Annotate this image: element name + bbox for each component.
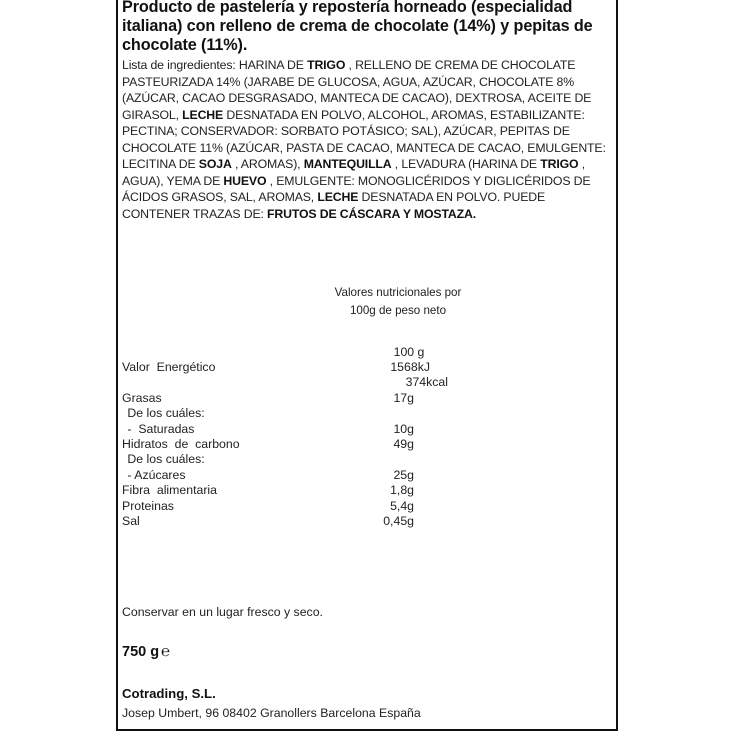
estimated-sign-icon: ℮ xyxy=(161,643,170,660)
net-weight-value: 750 g xyxy=(122,644,159,660)
allergen-text: TRIGO xyxy=(307,58,345,72)
nutrition-heading-line1: Valores nutricionales por xyxy=(298,284,498,302)
nutrition-label: Fibra alimentaria xyxy=(122,482,217,498)
company-address: Josep Umbert, 96 08402 Granollers Barcel… xyxy=(122,706,421,720)
nutrition-heading-line2: 100g de peso neto xyxy=(298,302,498,320)
nutrition-label: De los cuáles: xyxy=(124,451,205,467)
allergen-text: SOJA xyxy=(199,157,232,171)
nutrition-value: 1,8g xyxy=(334,482,414,498)
product-title: Producto de pastelería y repostería horn… xyxy=(122,0,616,55)
allergen-text: LECHE xyxy=(317,190,358,204)
nutrition-value: 10g xyxy=(334,421,414,437)
nutrition-label: Valor Energético xyxy=(122,359,215,375)
storage-instructions: Conservar en un lugar fresco y seco. xyxy=(122,605,323,619)
allergen-text: HUEVO xyxy=(223,174,266,188)
nutrition-value: 1568kJ xyxy=(350,359,430,375)
ingredients-list: Lista de ingredientes: HARINA DE TRIGO ,… xyxy=(122,57,616,222)
allergen-text: LECHE xyxy=(182,108,223,122)
company-name: Cotrading, S.L. xyxy=(122,686,216,701)
nutrition-value: 25g xyxy=(334,467,414,483)
nutrition-value: 5,4g xyxy=(334,498,414,514)
nutrition-label: Grasas xyxy=(122,390,162,406)
nutrition-label: De los cuáles: xyxy=(124,405,205,421)
allergen-text: MANTEQUILLA xyxy=(304,157,392,171)
nutrition-value: 17g xyxy=(334,390,414,406)
nutrition-label: - Saturadas xyxy=(124,421,194,437)
nutrition-value: 374kcal xyxy=(368,374,448,390)
nutrition-label: Proteinas xyxy=(122,498,174,514)
ingredient-text: , LEVADURA (HARINA DE xyxy=(392,157,541,171)
product-label: Producto de pastelería y repostería horn… xyxy=(116,0,618,731)
allergen-text: TRIGO xyxy=(540,157,578,171)
nutrition-label: Sal xyxy=(122,513,140,529)
nutrition-value: 49g xyxy=(334,436,414,452)
nutrition-label: - Azúcares xyxy=(124,467,186,483)
ingredient-text: Lista de ingredientes: HARINA DE xyxy=(122,58,307,72)
ingredient-text: , AROMAS), xyxy=(232,157,304,171)
allergen-text: FRUTOS DE CÁSCARA Y MOSTAZA. xyxy=(267,207,476,221)
nutrition-heading: Valores nutricionales por 100g de peso n… xyxy=(298,284,498,320)
nutrition-value: 0,45g xyxy=(334,513,414,529)
nutrition-label: Hidratos de carbono xyxy=(122,436,240,452)
nutrition-column-header: 100 g xyxy=(377,344,441,360)
net-weight: 750 g℮ xyxy=(122,643,170,660)
